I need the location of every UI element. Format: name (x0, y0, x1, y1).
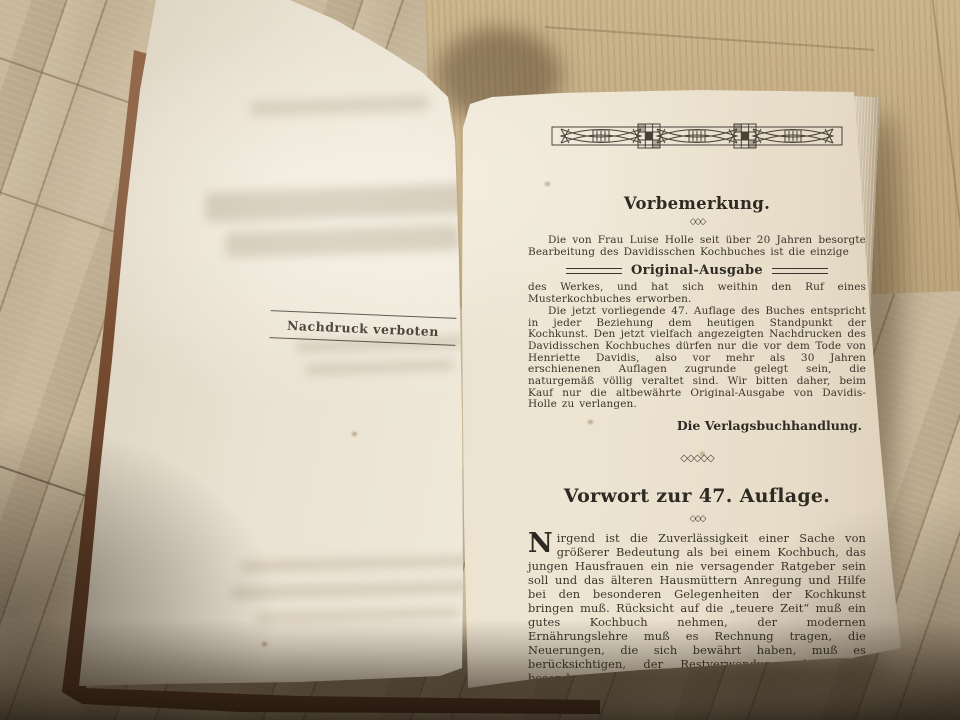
double-rule-left (566, 268, 622, 274)
ghost-text-line (205, 183, 471, 222)
preface-title-ornament: ◇◇◇ (528, 217, 866, 227)
preface-intro: Die von Frau Luise Holle seit über 20 Ja… (528, 235, 866, 258)
foreword-title: Vorwort zur 47. Auflage. (528, 485, 866, 507)
foreword-title-ornament: ◇◇◇ (528, 514, 866, 524)
ghost-text-line (230, 581, 485, 600)
drop-cap: N (528, 532, 553, 555)
preface-continuation: des Werkes, und hat sich weithin den Ruf… (528, 282, 866, 305)
ghost-text-line (225, 224, 461, 258)
original-ausgabe-row: Original-Ausgabe (528, 263, 866, 278)
ornament-band (551, 122, 843, 150)
right-page-content: Vorbemerkung. ◇◇◇ Die von Frau Luise Hol… (528, 116, 866, 701)
ghost-text-line (240, 555, 480, 572)
ghost-text-line (255, 607, 460, 623)
section-divider-ornament: ◇◇◇◇◇ (528, 453, 866, 464)
photo-of-open-book: Nachdruck verboten (0, 0, 960, 720)
original-ausgabe-label: Original-Ausgabe (631, 263, 763, 278)
double-rule-right (772, 268, 828, 274)
preface-title: Vorbemerkung. (528, 194, 866, 213)
ghost-text-line (250, 95, 430, 117)
ghost-text-line (305, 359, 455, 375)
preface-body: Die jetzt vorliegende 47. Auflage des Bu… (528, 306, 866, 411)
foxing-spot (262, 642, 267, 646)
stamp-label: Nachdruck verboten (287, 318, 439, 339)
foxing-spot (352, 432, 357, 436)
publisher-signature: Die Verlagsbuchhandlung. (528, 418, 862, 433)
